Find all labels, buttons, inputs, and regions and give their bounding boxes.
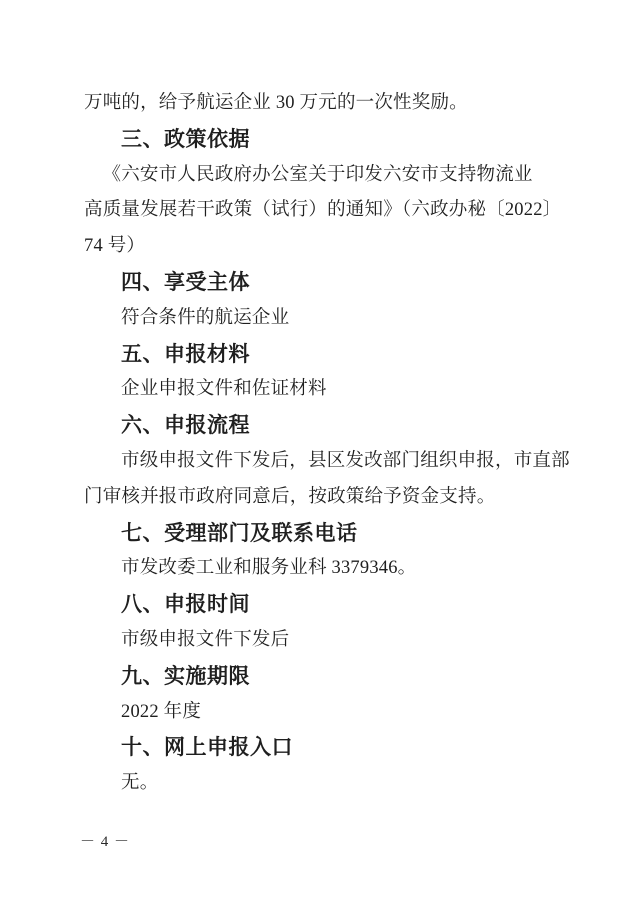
policy-basis-line-3: 74 号） xyxy=(84,229,584,265)
section-title-application-time: 八、申报时间 xyxy=(84,587,584,623)
policy-basis-line-2: 高质量发展若干政策（试行）的通知》（六政办秘〔2022〕 xyxy=(84,193,584,229)
section-title-accepting-department: 七、受理部门及联系电话 xyxy=(84,516,584,552)
section-title-beneficiary: 四、享受主体 xyxy=(84,265,584,301)
section-title-implementation-period: 九、实施期限 xyxy=(84,659,584,695)
section-title-application-materials: 五、申报材料 xyxy=(84,337,584,373)
document-page: 万吨的，给予航运企业 30 万元的一次性奖励。 三、政策依据 《六安市人民政府办… xyxy=(0,0,642,907)
document-body: 万吨的，给予航运企业 30 万元的一次性奖励。 三、政策依据 《六安市人民政府办… xyxy=(84,86,584,802)
section-title-online-portal: 十、网上申报入口 xyxy=(84,730,584,766)
accepting-department-line-1: 市发改委工业和服务业科 3379346。 xyxy=(84,551,584,587)
continuation-paragraph-line: 万吨的，给予航运企业 30 万元的一次性奖励。 xyxy=(84,86,584,122)
online-portal-line-1: 无。 xyxy=(84,766,584,802)
implementation-period-line-1: 2022 年度 xyxy=(84,695,584,731)
section-title-policy-basis: 三、政策依据 xyxy=(84,122,584,158)
application-time-line-1: 市级申报文件下发后 xyxy=(84,623,584,659)
application-materials-line-1: 企业申报文件和佐证材料 xyxy=(84,372,584,408)
beneficiary-line-1: 符合条件的航运企业 xyxy=(84,301,584,337)
policy-basis-line-1: 《六安市人民政府办公室关于印发六安市支持物流业 xyxy=(84,158,584,194)
application-process-line-1: 市级申报文件下发后，县区发改部门组织申报，市直部 xyxy=(84,444,584,480)
application-process-line-2: 门审核并报市政府同意后，按政策给予资金支持。 xyxy=(84,480,584,516)
section-title-application-process: 六、申报流程 xyxy=(84,408,584,444)
page-number: － 4 － xyxy=(80,830,130,851)
